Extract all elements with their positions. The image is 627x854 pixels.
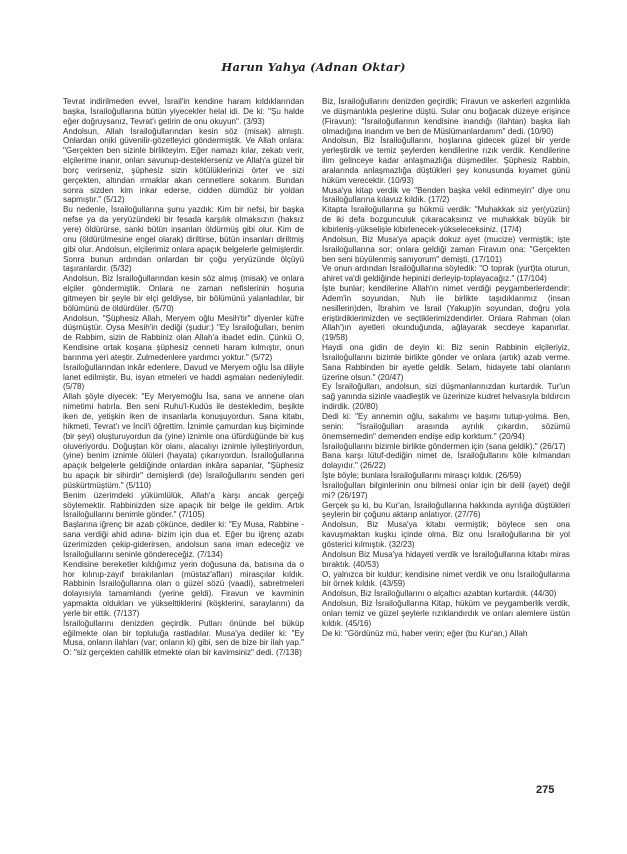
verse-paragraph: De ki: "Gördünüz mü, haber verin; eğer (…: [322, 629, 570, 639]
verse-paragraph: Başlarına iğrenç bir azab çökünce, dedil…: [63, 520, 304, 559]
verse-paragraph: Musa'ya kitap verdik ve "Benden başka ve…: [322, 186, 570, 206]
verse-paragraph: Tevrat indirilmeden evvel, İsrail'in ken…: [63, 97, 304, 127]
verse-paragraph: Andolsun, Biz İsrailoğullarını o alçaltı…: [322, 589, 570, 599]
verse-paragraph: Andolsun, Biz Musa'ya apaçık dokuz ayet …: [322, 235, 570, 265]
verse-paragraph: İsrailoğulları bilginlerinin onu bilmesi…: [322, 481, 570, 501]
verse-paragraph: İşte böyle; bunlara İsrailoğullarını mir…: [322, 471, 570, 481]
verse-paragraph: Andolsun, Allah İsrailoğullarından kesin…: [63, 127, 304, 206]
verse-paragraph: Dedi ki: "Ey annemin oğlu, sakalımı ve b…: [322, 412, 570, 442]
verse-paragraph: İşte bunlar; kendilerine Allah'ın nimet …: [322, 284, 570, 343]
verse-paragraph: Andolsun, "Şüphesiz Allah, Meryem oğlu M…: [63, 314, 304, 363]
verse-paragraph: Gerçek şu ki, bu Kur'an, İsrailoğulların…: [322, 501, 570, 521]
verse-paragraph: Andolsun, Biz İsrailoğullarını, hoşların…: [322, 136, 570, 185]
verse-paragraph: İsrailoğullarını denizden geçirdik. Putl…: [63, 619, 304, 658]
verse-paragraph: İsrailoğullarından inkâr edenlere, Davud…: [63, 363, 304, 393]
verse-paragraph: Ve onun ardından İsrailoğullarına söyled…: [322, 264, 570, 284]
verse-paragraph: Benim üzerimdeki yükümlülük, Allah'a kar…: [63, 491, 304, 521]
verse-paragraph: Andolsun, Biz Musa'ya kitabı vermiştik; …: [322, 520, 570, 550]
page-number: 275: [536, 784, 554, 796]
verse-paragraph: Andolsun Biz Musa'ya hidayeti verdik ve …: [322, 550, 570, 570]
right-text-column: Biz, İsrailoğullarını denizden geçirdik;…: [322, 97, 570, 638]
verse-paragraph: İsrailoğullarını bizimle birlikte gönder…: [322, 442, 570, 452]
verse-paragraph: Haydi ona gidin de deyin ki: Biz senin R…: [322, 343, 570, 382]
verse-paragraph: Andolsun, Biz İsrailoğullarına Kitap, hü…: [322, 599, 570, 629]
verse-paragraph: Allah şöyle diyecek: "Ey Meryemoğlu İsa,…: [63, 392, 304, 490]
verse-paragraph: Biz, İsrailoğullarını denizden geçirdik;…: [322, 97, 570, 136]
verse-paragraph: Kitapta İsrailoğullarına şu hükmü verdik…: [322, 205, 570, 235]
verse-paragraph: Kendisine bereketler kıldığımız yerin do…: [63, 560, 304, 619]
verse-paragraph: O, yalnızca bir kuldur; kendisine nimet …: [322, 570, 570, 590]
verse-paragraph: Bu nedenle, İsrailoğullarına şunu yazdık…: [63, 205, 304, 274]
left-text-column: Tevrat indirilmeden evvel, İsrail'in ken…: [63, 97, 304, 658]
verse-paragraph: Andolsun, Biz İsrailoğullarından kesin s…: [63, 274, 304, 313]
verse-paragraph: Bana karşı lütuf-dediğin nimet de, İsrai…: [322, 451, 570, 471]
verse-paragraph: Ey İsrailoğulları, andolsun, sizi düşman…: [322, 382, 570, 412]
running-header-title: Harun Yahya (Adnan Oktar): [0, 60, 627, 74]
